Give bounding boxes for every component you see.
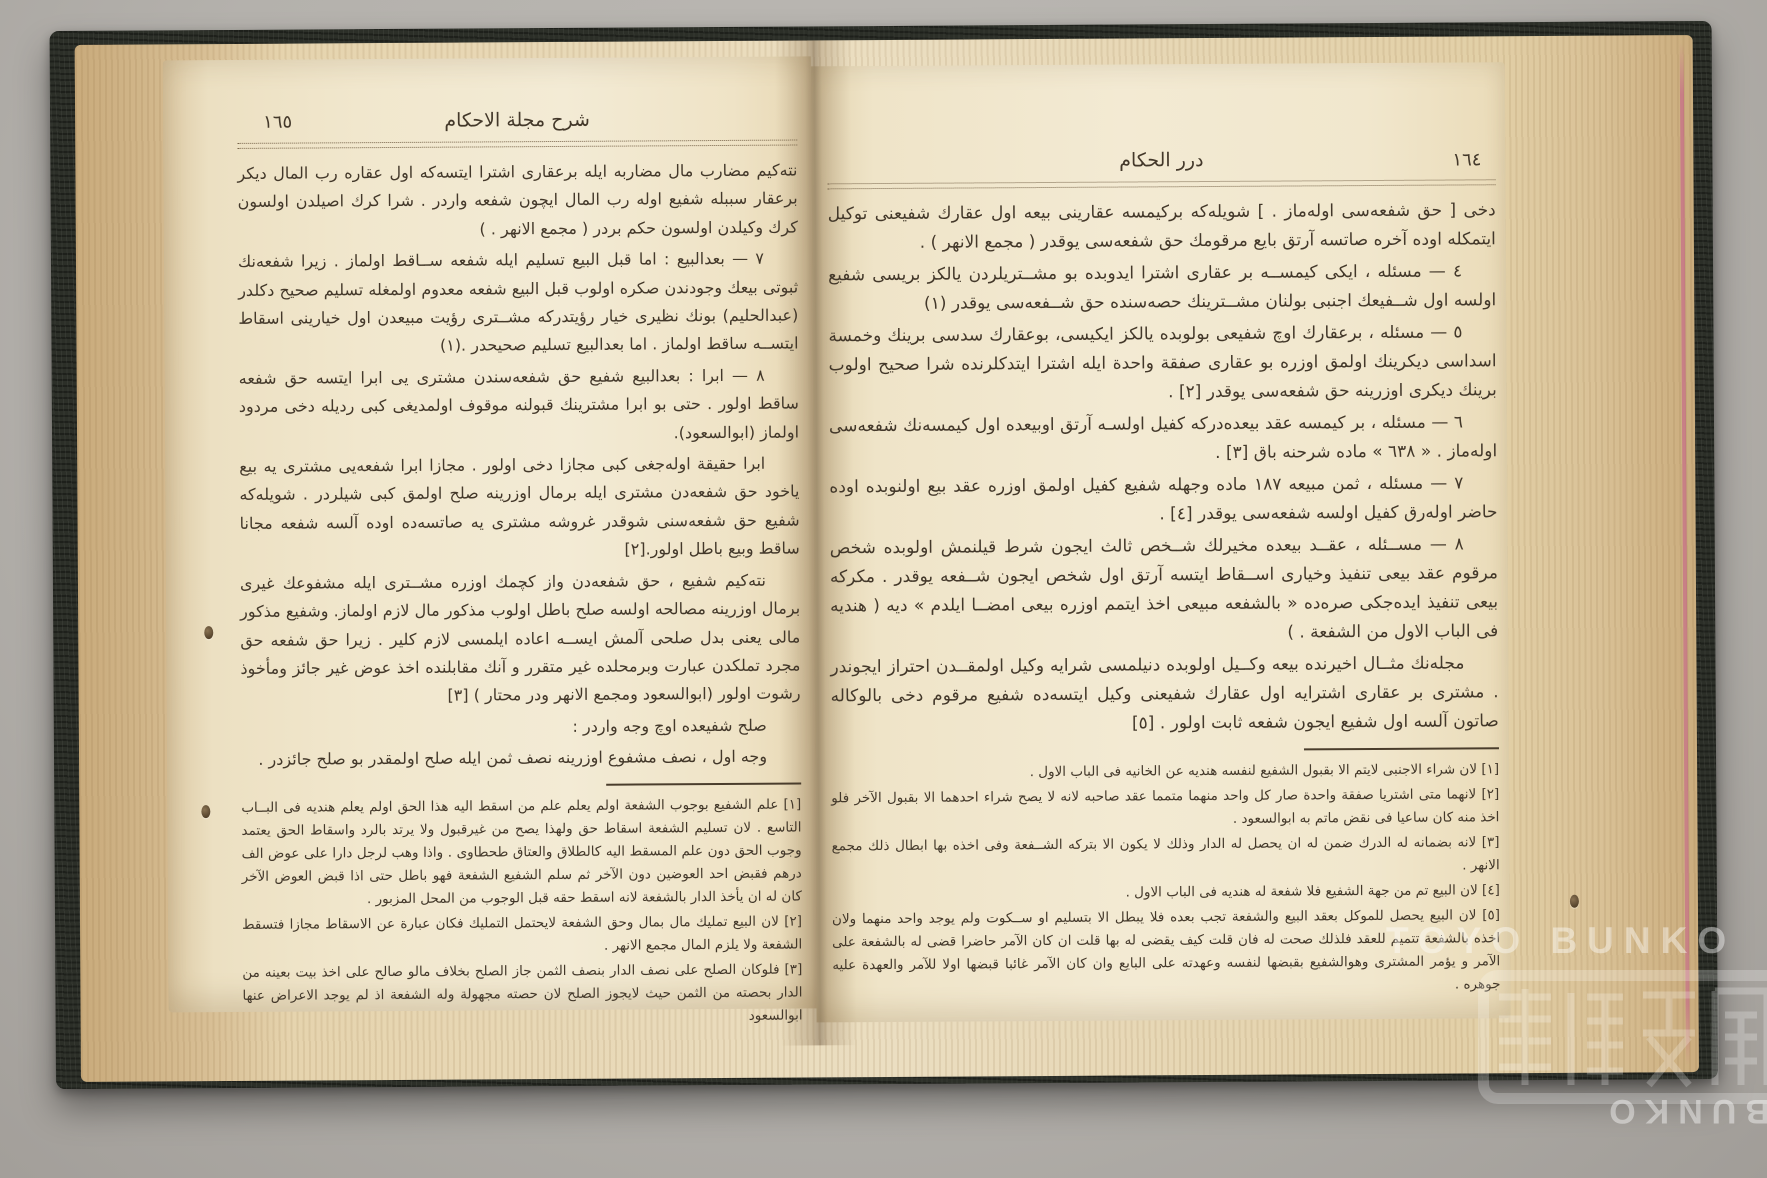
body-paragraph: ٧ — مسئله ، ثمن مبيعه ١٨٧ ماده وجهله شفي… bbox=[829, 469, 1497, 531]
footnote: [٢] لانهما متى اشتريا صفقة واحدة صار كل … bbox=[831, 783, 1499, 833]
footnote-separator bbox=[1304, 747, 1499, 750]
binding-hole bbox=[201, 805, 210, 818]
footnote: [٥] لان البيع يحصل للموكل بعقد البيع وال… bbox=[832, 904, 1501, 1000]
left-page-number: ١٦٥ bbox=[263, 109, 292, 138]
footnote: [٣] فلوكان الصلح على نصف الدار بنصف الثم… bbox=[242, 958, 802, 1030]
footnote-separator bbox=[606, 782, 801, 785]
body-paragraph: ٨ — ابرا : بعدالبيع شفيع حق شفعەسندن مشت… bbox=[239, 361, 800, 450]
body-paragraph: وجه اول ، نصف مشفوع اوزرينه نصف ثمن ايله… bbox=[241, 743, 801, 775]
footnote: [١] علم الشفيع بوجوب الشفعة اولم يعلم عل… bbox=[241, 793, 802, 911]
body-paragraph: مجلەنك مثــال اخيرنده بيعه وكــيل اولوبد… bbox=[830, 649, 1499, 740]
body-paragraph: ابرا حقيقة اولەجغى كبى مجازا دخى اولور .… bbox=[239, 450, 800, 567]
body-paragraph: ٥ — مسئله ، برعقارك اوچ شفيعى بولوبده يا… bbox=[828, 318, 1497, 409]
body-paragraph: ٨ — مســئله ، عقــد بيعده مخيرلك شــخص ث… bbox=[830, 530, 1499, 650]
body-paragraph: نتەكيم شفيع ، حق شفعەدن واز كچمك اوزره م… bbox=[240, 566, 801, 711]
footnote: [١] لان شراء الاجنبى لايتم الا بقبول الش… bbox=[831, 758, 1499, 785]
body-paragraph: دخى [ حق شفعەسى اولەماز . ] شويلەكه بركي… bbox=[828, 196, 1496, 258]
binding-hole bbox=[204, 626, 213, 639]
header-rule bbox=[828, 179, 1496, 189]
binding-hole bbox=[1570, 895, 1579, 908]
left-page-footnotes: [١] علم الشفيع بوجوب الشفعة اولم يعلم عل… bbox=[241, 793, 802, 1030]
left-page-title: شرح مجلة الاحكام bbox=[444, 109, 590, 132]
footnote: [٤] لان البيع تم من جهة الشفيع فلا شفعة … bbox=[832, 879, 1500, 906]
right-page-title: درر الحكام bbox=[1119, 149, 1203, 172]
left-page-header: ١٦٥ شرح مجلة الاحكام bbox=[237, 105, 797, 138]
body-paragraph: صلح شفيعده اوچ وجه واردر : bbox=[241, 711, 801, 743]
right-page-number: ١٦٤ bbox=[1452, 145, 1481, 174]
book: ١٦٥ شرح مجلة الاحكام نتەكيم مضارب مال مض… bbox=[0, 0, 1767, 1178]
right-page-header: ١٦٤ درر الحكام bbox=[827, 144, 1495, 178]
footnote: [٣] لانه بضمانه له الدرك ضمن له ان يحصل … bbox=[832, 831, 1500, 881]
body-paragraph: ٧ — بعدالبيع : اما قبل البيع تسليم ايله … bbox=[238, 245, 799, 362]
right-page-text-block: ١٦٤ درر الحكام دخى [ حق شفعەسى اولەماز .… bbox=[827, 144, 1500, 1002]
body-paragraph: ٤ — مسئله ، ايكى كيمســه بر عقارى اشترا … bbox=[828, 257, 1496, 319]
body-paragraph: ٦ — مسئله ، بر كيمسه عقد بيعدەدركه كفيل … bbox=[829, 408, 1497, 470]
left-page-text-block: ١٦٥ شرح مجلة الاحكام نتەكيم مضارب مال مض… bbox=[237, 105, 803, 1033]
photo-background: ١٦٥ شرح مجلة الاحكام نتەكيم مضارب مال مض… bbox=[0, 0, 1767, 1178]
header-rule bbox=[237, 140, 797, 149]
body-paragraph: نتەكيم مضارب مال مضاربه ايله برعقارى اشت… bbox=[237, 157, 798, 246]
right-page-footnotes: [١] لان شراء الاجنبى لايتم الا بقبول الش… bbox=[831, 758, 1500, 1000]
footnote: [٢] لان البيع تمليك مال بمال وحق الشفعة … bbox=[242, 910, 802, 959]
